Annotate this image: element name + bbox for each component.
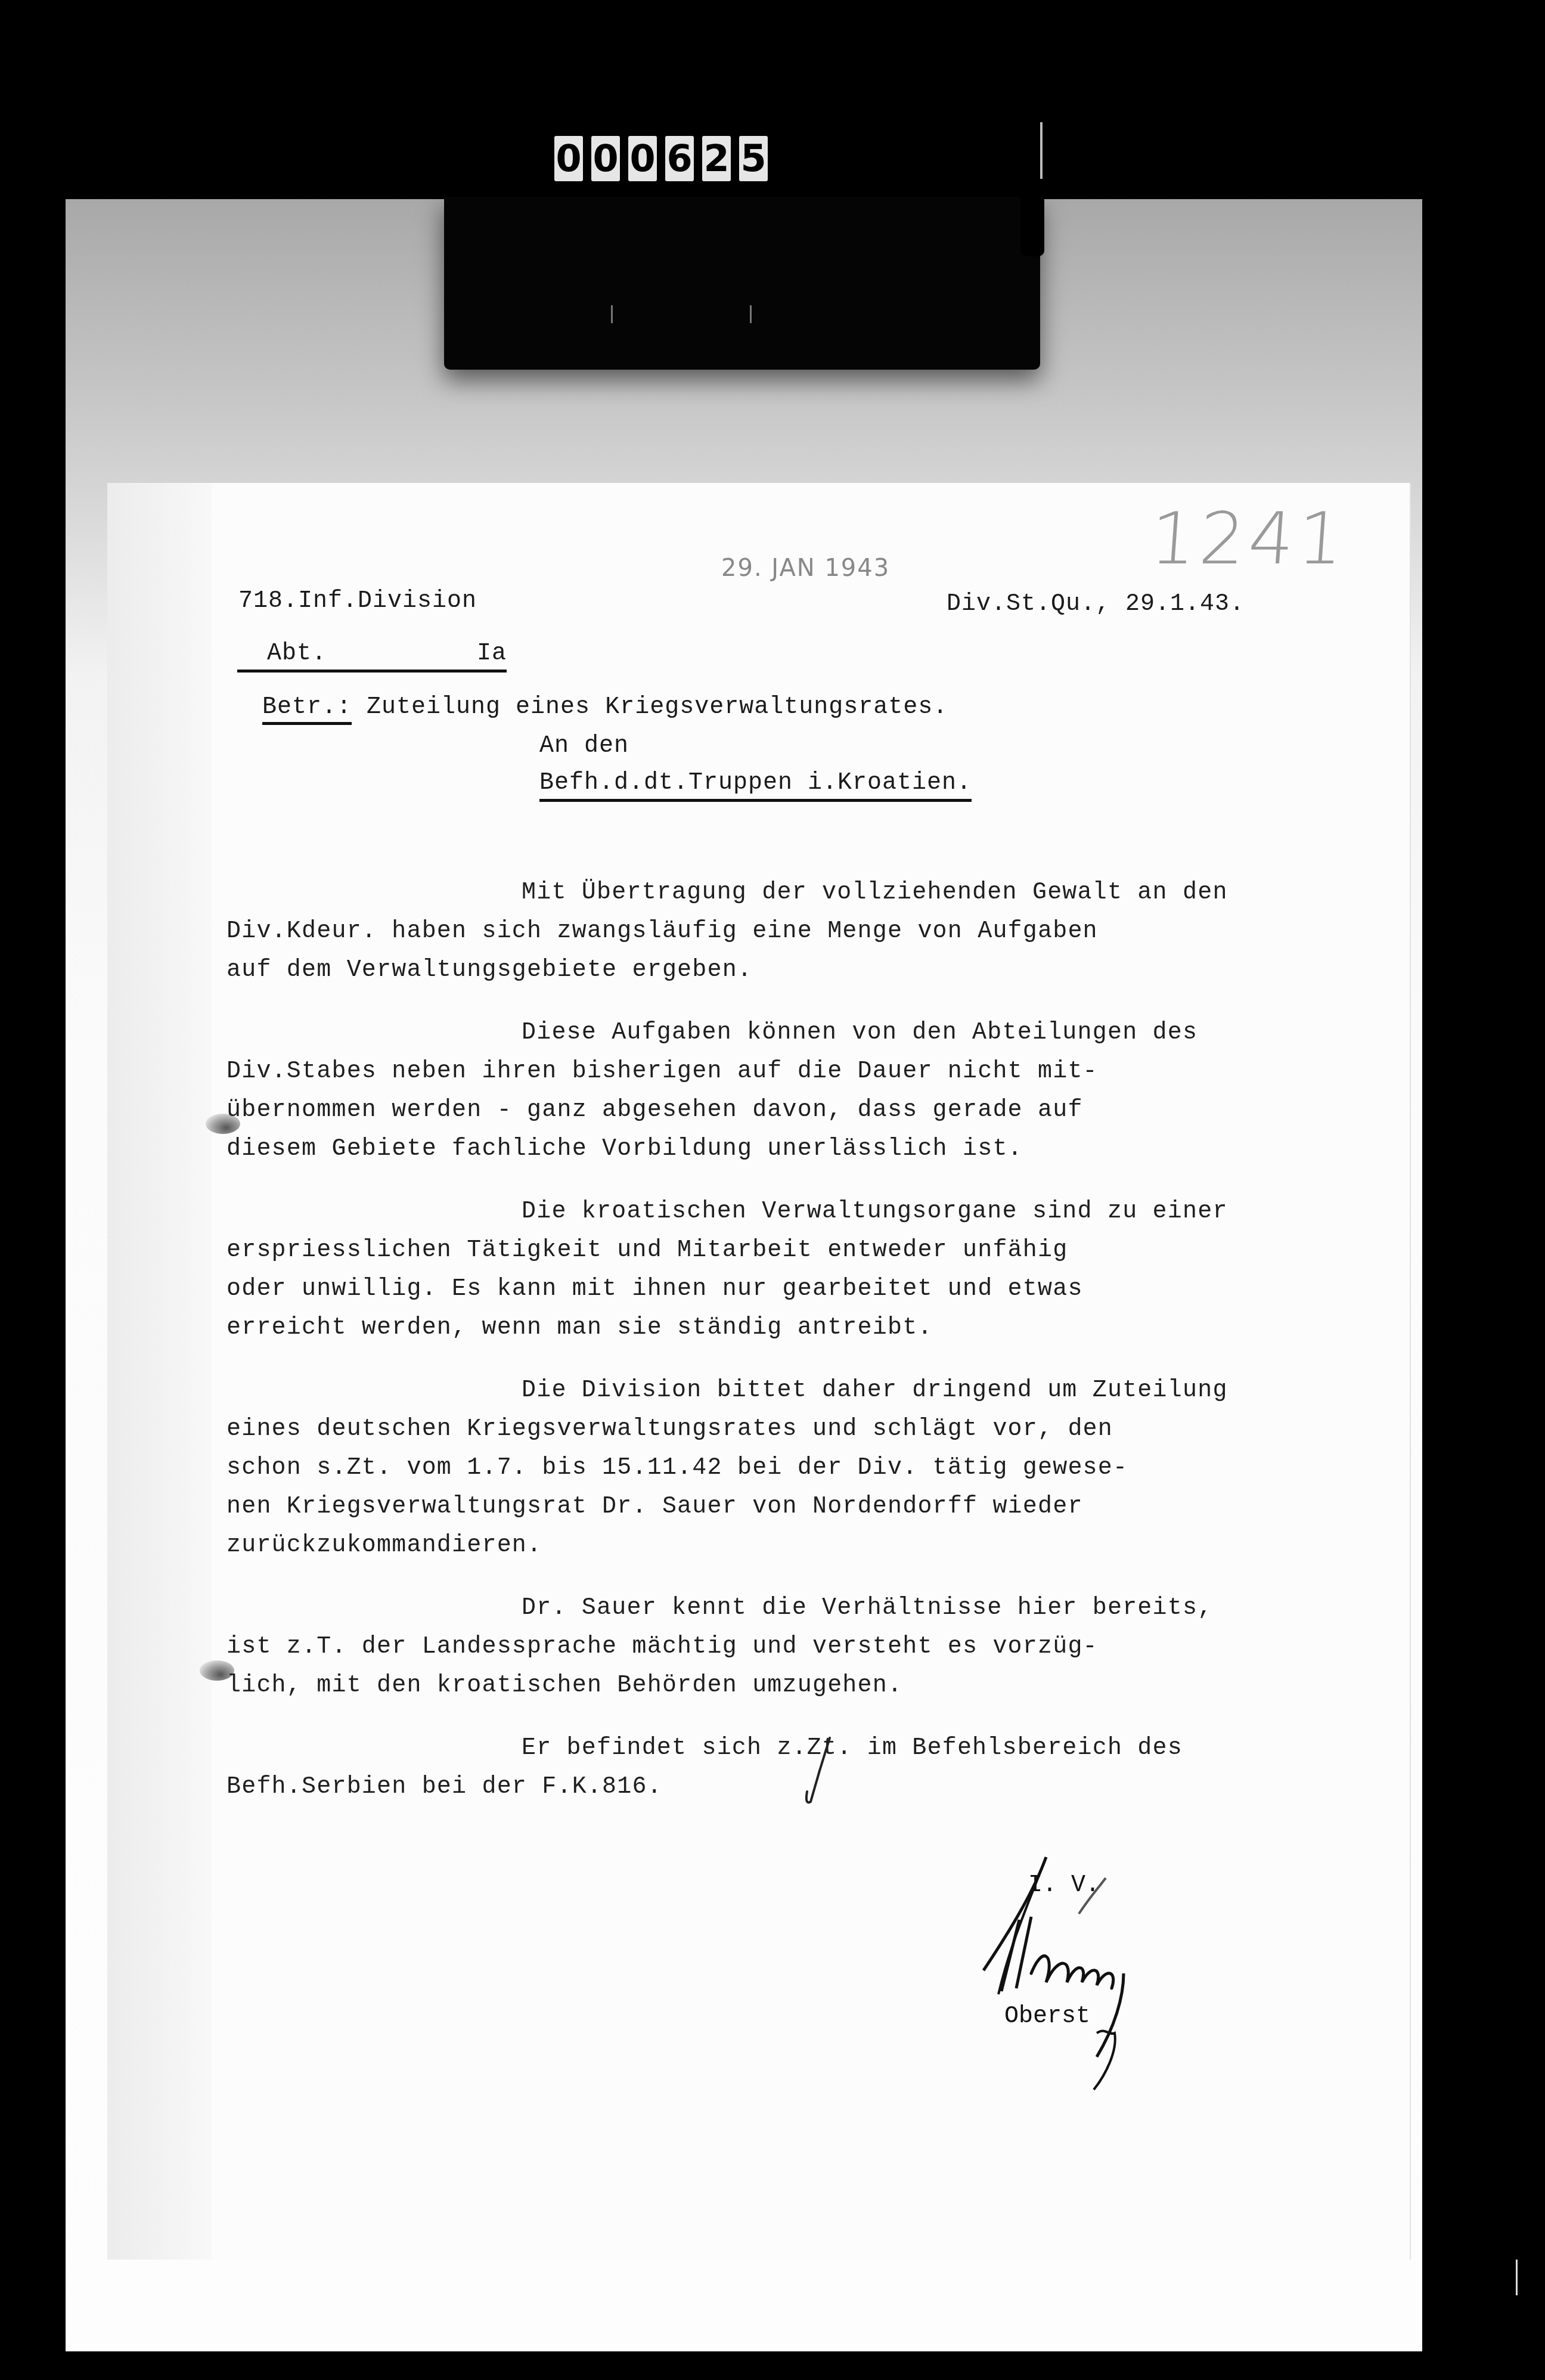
film-edge-mark (1516, 2260, 1518, 2295)
paragraph: Er befindet sich z.Zt. im Befehlsbereich… (227, 1729, 1347, 1806)
subject-label: Betr.: (262, 694, 352, 725)
place-date: Div.St.Qu., 29.1.43. (947, 590, 1245, 619)
text-line: zurückzukommandieren. (227, 1526, 1347, 1565)
film-edge-mark (1040, 122, 1043, 188)
subject-line: Betr.: Zuteilung eines Kriegsverwaltungs… (232, 665, 948, 722)
text-line: Die Division bittet daher dringend um Zu… (227, 1371, 1347, 1410)
paragraph: Mit Übertragung der vollziehenden Gewalt… (227, 873, 1347, 990)
text-line: schon s.Zt. vom 1.7. bis 15.11.42 bei de… (227, 1449, 1347, 1487)
recipient-salutation: An den (539, 732, 629, 761)
counter-digit: 5 (739, 136, 768, 181)
counter-digit: 2 (702, 136, 731, 181)
text-line: Diese Aufgaben können von den Abteilunge… (227, 1014, 1347, 1052)
text-line: eines deutschen Kriegsverwaltungsrates u… (227, 1410, 1347, 1449)
page-left-margin (107, 483, 212, 2260)
text-line: lich, mit den kroatischen Behörden umzug… (227, 1666, 1347, 1705)
recipient-addressee: Befh.d.dt.Truppen i.Kroatien. (539, 769, 972, 802)
handwritten-signature-icon (978, 1854, 1287, 2105)
counter-digit: 0 (628, 136, 657, 181)
text-line: auf dem Verwaltungsgebiete ergeben. (227, 951, 1347, 990)
text-line: ist z.T. der Landessprache mächtig und v… (227, 1628, 1347, 1666)
text-line: diesem Gebiete fachliche Vorbildung uner… (227, 1130, 1347, 1169)
signatory-rank: Oberst (1004, 2003, 1090, 2030)
received-date-stamp: 29. JAN 1943 (721, 554, 890, 582)
text-line: Div.Stabes neben ihren bisherigen auf di… (227, 1052, 1347, 1091)
text-line: Er befindet sich z.Zt. im Befehlsbereich… (227, 1729, 1347, 1768)
text-line: Die kroatischen Verwaltungsorgane sind z… (227, 1192, 1347, 1231)
counter-digit: 6 (665, 136, 694, 181)
department-label: Abt. (267, 640, 327, 667)
checkmark-stroke-icon (793, 1735, 840, 1806)
text-line: erreicht werden, wenn man sie ständig an… (227, 1309, 1347, 1347)
text-line: Div.Kdeur. haben sich zwangsläufig eine … (227, 912, 1347, 951)
clip-notch (1020, 179, 1044, 256)
text-line: erspriesslichen Tätigkeit und Mitarbeit … (227, 1231, 1347, 1270)
signature-block: I. V. Oberst (978, 1854, 1287, 2105)
text-line: übernommen werden - ganz abgesehen davon… (227, 1091, 1347, 1130)
paragraph: Die kroatischen Verwaltungsorgane sind z… (227, 1192, 1347, 1347)
counter-digit: 0 (554, 136, 583, 181)
archive-number-pencil: 1241 (1147, 498, 1349, 581)
paragraph: Diese Aufgaben können von den Abteilunge… (227, 1014, 1347, 1169)
paragraph: Dr. Sauer kennt die Verhältnisse hier be… (227, 1589, 1347, 1705)
letter-body: Mit Übertragung der vollziehenden Gewalt… (227, 873, 1347, 1830)
binder-clip (444, 197, 1040, 370)
text-line: Befh.Serbien bei der F.K.816. (227, 1768, 1347, 1806)
subject-text: Zuteilung eines Kriegsverwaltungsrates. (367, 694, 948, 721)
paragraph: Die Division bittet daher dringend um Zu… (227, 1371, 1347, 1565)
text-line: oder unwillig. Es kann mit ihnen nur gea… (227, 1270, 1347, 1309)
text-line: Mit Übertragung der vollziehenden Gewalt… (227, 873, 1347, 912)
frame-counter: 0 0 0 6 2 5 (554, 136, 768, 181)
clip-label-plate (611, 305, 752, 323)
text-line: nen Kriegsverwaltungsrat Dr. Sauer von N… (227, 1487, 1347, 1526)
department-line: Abt.Ia (237, 611, 507, 673)
counter-digit: 0 (591, 136, 620, 181)
text-line: Dr. Sauer kennt die Verhältnisse hier be… (227, 1589, 1347, 1628)
department-value: Ia (477, 640, 507, 668)
